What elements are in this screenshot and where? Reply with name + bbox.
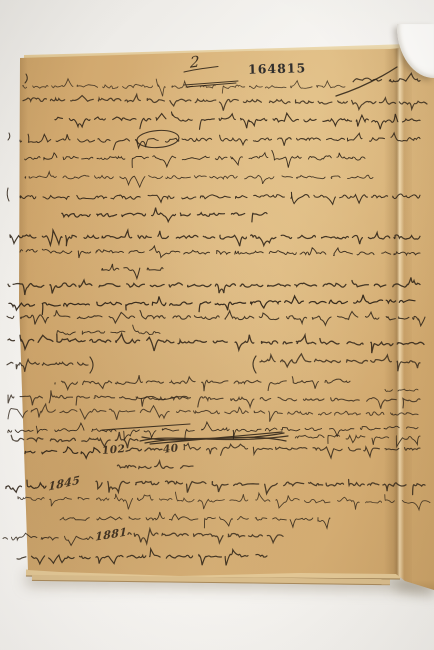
handwritten-line: [10, 230, 420, 246]
handwritten-line: [18, 492, 430, 510]
heavy-scribble: [140, 432, 288, 444]
archive-stamp-number: 164815: [248, 60, 307, 77]
handwritten-line: [20, 192, 420, 204]
flourish-swoosh: [336, 67, 397, 96]
margin-mark: [25, 74, 27, 83]
handwritten-line: [9, 295, 415, 315]
handwritten-line: [20, 246, 420, 258]
handwritten-page-number: 2: [190, 52, 199, 72]
margin-mark: [7, 188, 9, 201]
strikethrough-line21: [102, 424, 190, 430]
handwritten-line: [102, 264, 163, 279]
handwritten-line: [295, 435, 420, 447]
handwritten-line: [23, 79, 345, 97]
handwritten-line: [60, 512, 330, 528]
strikethrough-line1: [184, 81, 238, 87]
handwritten-numeral: 40: [162, 442, 179, 456]
ink-flourishes: [7, 67, 397, 445]
handwritten-line: [128, 529, 283, 544]
handwritten-line: [3, 533, 93, 545]
handwritten-line: [17, 549, 267, 566]
handwritten-line: [55, 112, 420, 129]
handwritten-line: [55, 375, 350, 391]
handwritten-line: [25, 172, 373, 187]
margin-mark: [8, 133, 10, 140]
handwritten-line: [6, 480, 46, 492]
handwritten-line: [8, 422, 418, 440]
handwritten-line: [23, 95, 427, 111]
open-paren: [90, 357, 93, 373]
handwritten-line: [57, 325, 160, 335]
handwritten-line: [7, 360, 88, 372]
handwritten-line: [8, 277, 420, 295]
handwritten-line: [7, 310, 425, 326]
handwritten-line: [8, 334, 424, 353]
handwritten-line: [20, 133, 420, 150]
handwritten-text-lines: [3, 73, 430, 565]
handwritten-line: [8, 390, 420, 408]
manuscript-photo: 164815 2 102 40 1845 1881: [0, 0, 434, 650]
handwritten-line: [126, 448, 162, 451]
handwritten-numeral: 102: [102, 443, 126, 457]
handwritten-line: [25, 150, 365, 167]
handwritten-line: [385, 389, 418, 391]
handwritten-line: [184, 443, 420, 458]
close-paren: [253, 356, 256, 373]
handwritten-line: [260, 354, 420, 371]
handwritten-line: [117, 461, 193, 469]
handwritten-line: [62, 208, 267, 222]
handwritten-line: [353, 73, 420, 82]
handwriting-ink-layer: [0, 0, 434, 650]
handwritten-line: [96, 480, 425, 495]
handwritten-line: [8, 404, 418, 422]
handwritten-line: [25, 447, 100, 458]
